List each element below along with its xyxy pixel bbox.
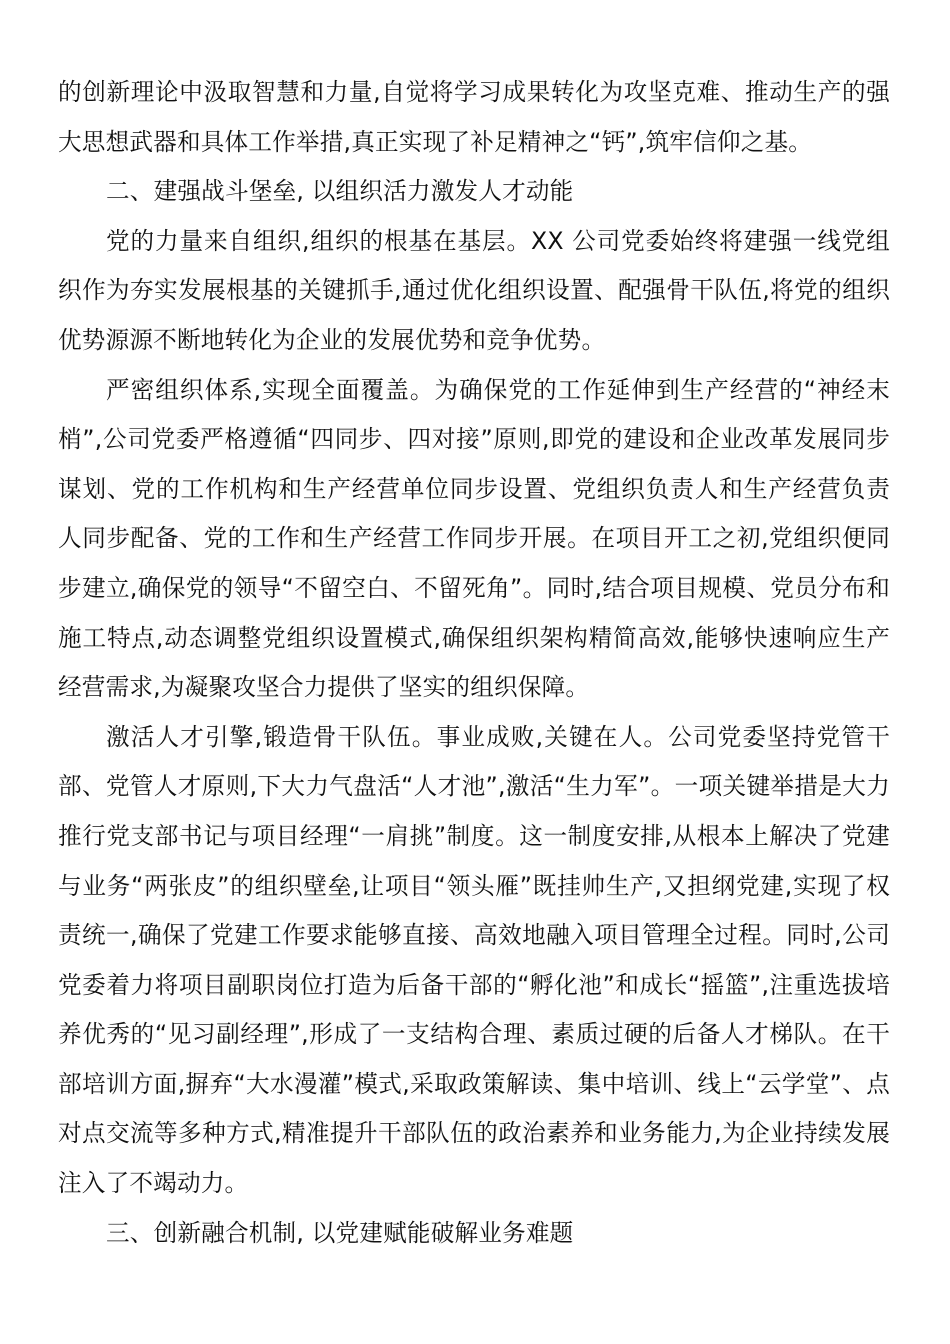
document-page: 的创新理论中汲取智慧和力量,自觉将学习成果转化为攻坚克难、推动生产的强大思想武器… (58, 68, 890, 1258)
section-heading-3: 三、创新融合机制, 以党建赋能破解业务难题 (58, 1209, 890, 1259)
paragraph-org-system: 严密组织体系,实现全面覆盖。为确保党的工作延伸到生产经营的“神经末梢”,公司党委… (58, 366, 890, 713)
section-heading-2: 二、建强战斗堡垒, 以组织活力激发人才动能 (58, 167, 890, 217)
paragraph-org-foundation: 党的力量来自组织,组织的根基在基层。XX 公司党委始终将建强一线党组织作为夯实发… (58, 217, 890, 366)
paragraph-continuation: 的创新理论中汲取智慧和力量,自觉将学习成果转化为攻坚克难、推动生产的强大思想武器… (58, 68, 890, 167)
paragraph-talent-engine: 激活人才引擎,锻造骨干队伍。事业成败,关键在人。公司党委坚持党管干部、党管人才原… (58, 713, 890, 1209)
